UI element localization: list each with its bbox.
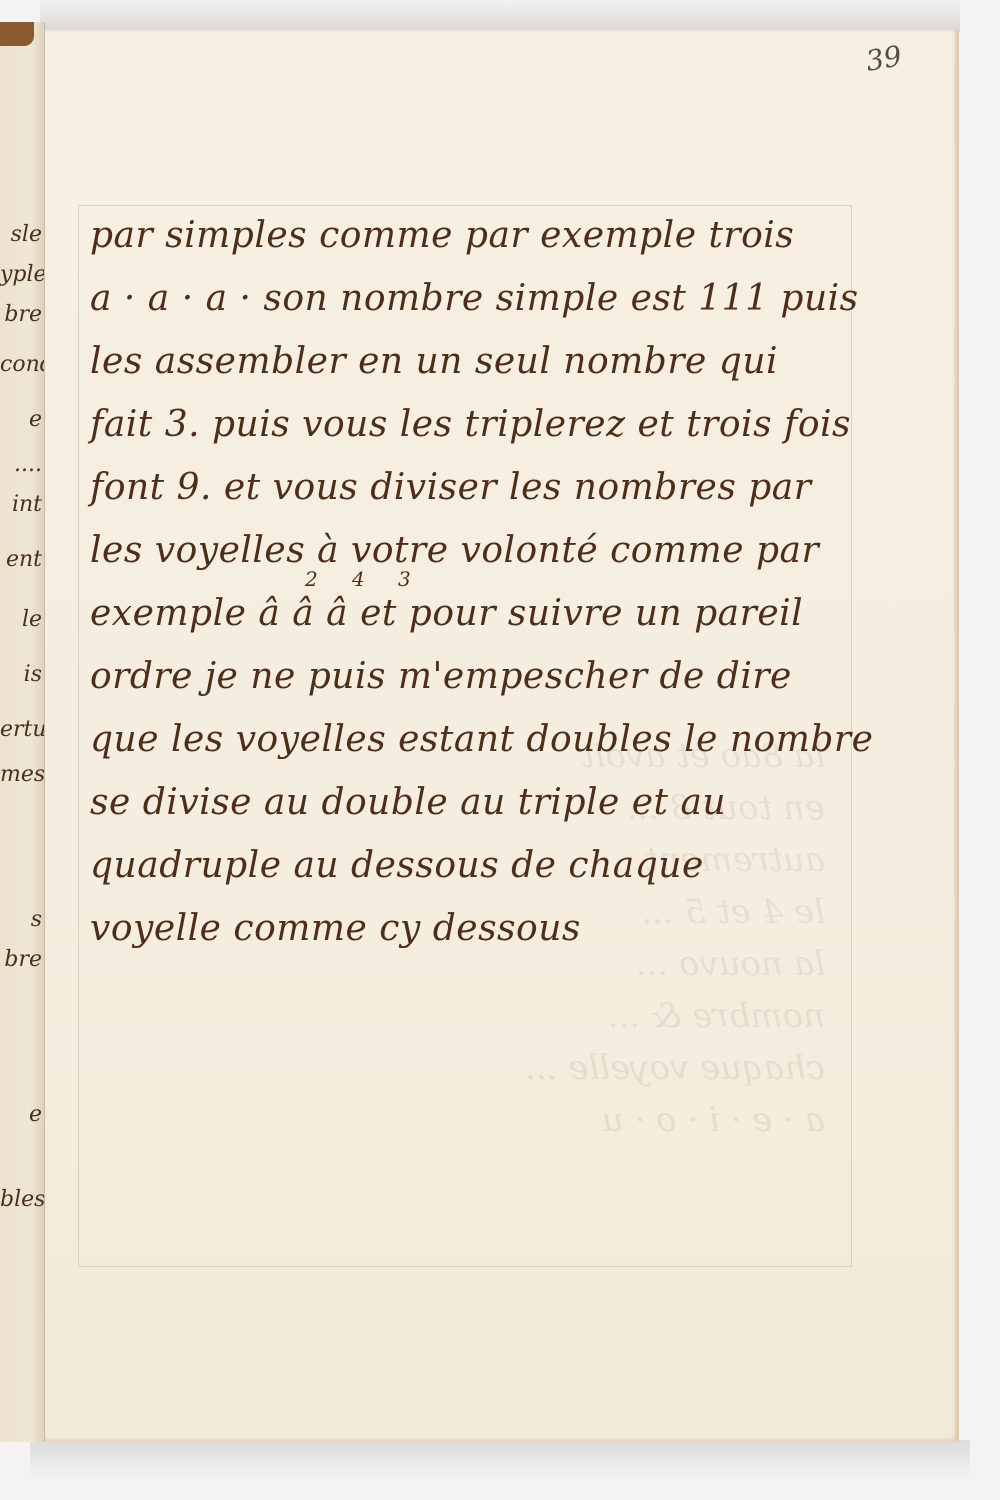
- text-line: les voyelles à votre volonté comme par: [90, 530, 870, 593]
- text-line: fait 3. puis vous les triplerez et trois…: [90, 404, 870, 467]
- text-line-content: a · a · a · son nombre simple est 111 pu…: [90, 278, 859, 319]
- text-line: 2 4 3 exemple â â â et pour suivre un pa…: [90, 593, 870, 656]
- left-page-fragment: le: [0, 607, 42, 632]
- left-page-fragment: sle: [0, 222, 42, 247]
- text-line-content: font 9. et vous diviser les nombres par: [90, 467, 811, 508]
- manuscript-page: 39 la 8ao et avoit en tout 8 ... autreme…: [45, 30, 959, 1442]
- superscript-number: 4: [352, 567, 365, 591]
- left-page-fragment: yple: [0, 262, 42, 287]
- left-page-fragment: int: [0, 492, 42, 517]
- superscript-number: 3: [398, 567, 411, 591]
- show-through-line: a · e · i · o · u: [105, 1094, 825, 1146]
- text-line: font 9. et vous diviser les nombres par: [90, 467, 870, 530]
- text-line: voyelle comme cy dessous: [90, 908, 870, 971]
- left-page-fragment: bles: [0, 1187, 42, 1212]
- left-page-fragment: e: [0, 1102, 42, 1127]
- text-line-content: les voyelles à votre volonté comme par: [90, 530, 819, 571]
- text-line-content: que les voyelles estant doubles le nombr…: [90, 719, 873, 760]
- text-line: se divise au double au triple et au: [90, 782, 870, 845]
- background-shadow-top: [40, 0, 960, 32]
- left-page-fragment: ....: [0, 452, 42, 477]
- text-line: par simples comme par exemple trois: [90, 215, 870, 278]
- text-line-content: les assembler en un seul nombre qui: [90, 341, 778, 382]
- left-page-fragment: mes: [0, 762, 42, 787]
- text-line-content: quadruple au dessous de chaque: [90, 845, 704, 886]
- left-page-fragment: ent: [0, 547, 42, 572]
- binding-clasp: [0, 22, 34, 46]
- background-shadow-bottom: [30, 1440, 970, 1480]
- left-page-fragment: e: [0, 407, 42, 432]
- text-line: ordre je ne puis m'empescher de dire: [90, 656, 870, 719]
- left-page-fragment: ertu: [0, 717, 42, 742]
- text-line-content: fait 3. puis vous les triplerez et trois…: [90, 404, 851, 445]
- text-line: a · a · a · son nombre simple est 111 pu…: [90, 278, 870, 341]
- left-page-fragment: s: [0, 907, 42, 932]
- text-line: les assembler en un seul nombre qui: [90, 341, 870, 404]
- text-line-content: exemple â â â et pour suivre un pareil: [90, 593, 803, 634]
- superscript-number: 2: [305, 567, 318, 591]
- text-line-content: voyelle comme cy dessous: [90, 908, 581, 949]
- text-line-content: par simples comme par exemple trois: [90, 215, 794, 256]
- left-page-fragment: bre: [0, 947, 42, 972]
- facing-page-edge: sle yple bre cond e .... int ent le is e…: [0, 22, 45, 1442]
- left-page-fragment: is: [0, 662, 42, 687]
- handwritten-text-block: par simples comme par exemple trois a · …: [90, 215, 870, 971]
- text-line-content: ordre je ne puis m'empescher de dire: [90, 656, 792, 697]
- text-line: quadruple au dessous de chaque: [90, 845, 870, 908]
- left-page-fragment: bre: [0, 302, 42, 327]
- page-number: 39: [864, 39, 905, 78]
- text-line-content: se divise au double au triple et au: [90, 782, 726, 823]
- text-line: que les voyelles estant doubles le nombr…: [90, 719, 870, 782]
- show-through-line: chaque voyelle ...: [105, 1042, 825, 1094]
- show-through-line: nombre & ...: [105, 990, 825, 1042]
- left-page-fragment: cond: [0, 352, 42, 377]
